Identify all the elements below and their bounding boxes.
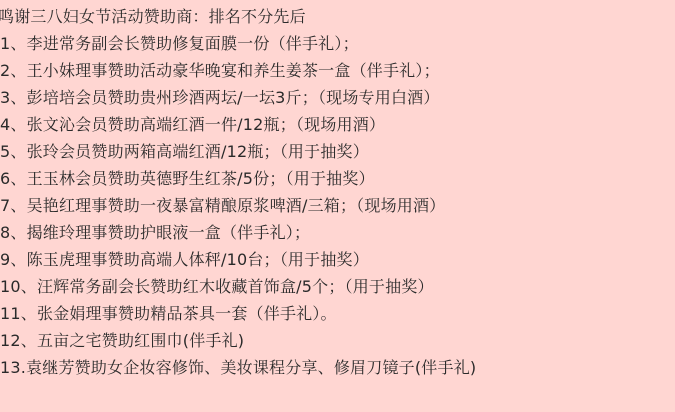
sponsor-item-6: 6、王玉林会员赞助英德野生红茶/5份；（用于抽奖） <box>0 165 675 192</box>
note-title: 鸣谢三八妇女节活动赞助商：排名不分先后 <box>0 3 675 30</box>
sponsor-item-9: 9、陈玉虎理事赞助高端人体秤/10台；（用于抽奖） <box>0 246 675 273</box>
sponsor-item-3: 3、彭培培会员赞助贵州珍酒两坛/一坛3斤；（现场专用白酒） <box>0 84 675 111</box>
sponsor-item-1: 1、李进常务副会长赞助修复面膜一份（伴手礼）； <box>0 30 675 57</box>
sponsor-item-5: 5、张玲会员赞助两箱高端红酒/12瓶；（用于抽奖） <box>0 138 675 165</box>
sponsor-item-7: 7、吴艳红理事赞助一夜暴富精酿原浆啤酒/三箱；（现场用酒） <box>0 192 675 219</box>
sponsor-item-11: 11、张金娟理事赞助精品茶具一套（伴手礼）。 <box>0 300 675 327</box>
sponsor-item-12: 12、五亩之宅赞助红围巾(伴手礼) <box>0 327 675 354</box>
sponsor-item-10: 10、汪辉常务副会长赞助红木收藏首饰盒/5个；（用于抽奖） <box>0 273 675 300</box>
sponsor-acknowledgement-note: 鸣谢三八妇女节活动赞助商：排名不分先后 1、李进常务副会长赞助修复面膜一份（伴手… <box>0 0 675 381</box>
sponsor-item-2: 2、王小妹理事赞助活动豪华晚宴和养生姜茶一盒（伴手礼）； <box>0 57 675 84</box>
sponsor-item-13: 13.袁继芳赞助女企妆容修饰、美妆课程分享、修眉刀镜子(伴手礼) <box>0 354 675 381</box>
sponsor-item-4: 4、张文沁会员赞助高端红酒一件/12瓶；（现场用酒） <box>0 111 675 138</box>
sponsor-item-8: 8、揭维玲理事赞助护眼液一盒（伴手礼）； <box>0 219 675 246</box>
